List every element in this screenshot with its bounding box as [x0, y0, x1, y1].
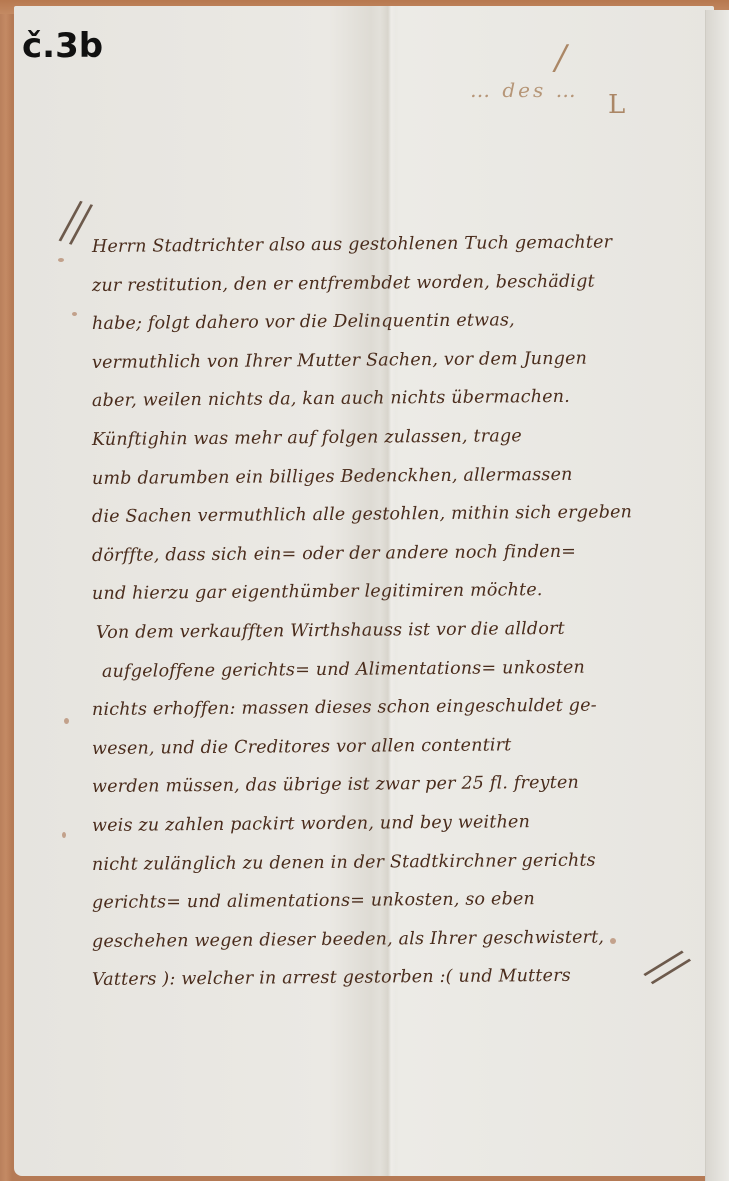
bleedthrough-heading: … des …	[470, 78, 579, 102]
archive-page-label: č.3b	[22, 26, 103, 66]
text-line: dörffte, dass sich ein= oder der andere …	[92, 531, 722, 575]
text-line: vermuthlich von Ihrer Mutter Sachen, vor…	[92, 338, 722, 382]
faint-page-mark: L	[608, 90, 625, 120]
text-line: nicht zulänglich zu denen in der Stadtki…	[92, 840, 722, 884]
text-line: gerichts= und alimentations= unkosten, s…	[92, 879, 722, 923]
text-line: Von dem verkaufften Wirthshauss ist vor …	[92, 608, 722, 652]
text-line: und hierzu gar eigenthümber legitimiren …	[92, 570, 722, 614]
text-line: geschehen wegen dieser beeden, als Ihrer…	[92, 917, 722, 961]
text-line: Herrn Stadtrichter also aus gestohlenen …	[92, 223, 722, 267]
ink-stain	[72, 312, 77, 316]
faint-page-mark: /	[555, 38, 566, 78]
text-line: habe; folgt dahero vor die Delinquentin …	[92, 300, 722, 344]
handwritten-text-body: Herrn Stadtrichter also aus gestohlenen …	[92, 228, 722, 1000]
text-line: zur restitution, den er entfrembdet word…	[92, 261, 722, 305]
ink-stain	[64, 718, 69, 724]
text-line: aber, weilen nichts da, kan auch nichts …	[92, 377, 722, 421]
text-line: nichts erhoffen: massen dieses schon ein…	[92, 686, 722, 730]
text-line: weis zu zahlen packirt worden, und bey w…	[92, 801, 722, 845]
text-line: Künftighin was mehr auf folgen zulassen,…	[92, 415, 722, 459]
text-line: die Sachen vermuthlich alle gestohlen, m…	[92, 493, 722, 537]
ink-stain	[62, 832, 66, 838]
text-line: aufgeloffene gerichts= und Alimentations…	[92, 647, 722, 691]
text-line: Vatters ): welcher in arrest gestorben :…	[92, 956, 722, 1000]
text-line: werden müssen, das übrige ist zwar per 2…	[92, 763, 722, 807]
text-line: wesen, und die Creditores vor allen cont…	[92, 724, 722, 768]
ink-stain	[58, 258, 64, 262]
text-line: umb darumben ein billiges Bedenckhen, al…	[92, 454, 722, 498]
